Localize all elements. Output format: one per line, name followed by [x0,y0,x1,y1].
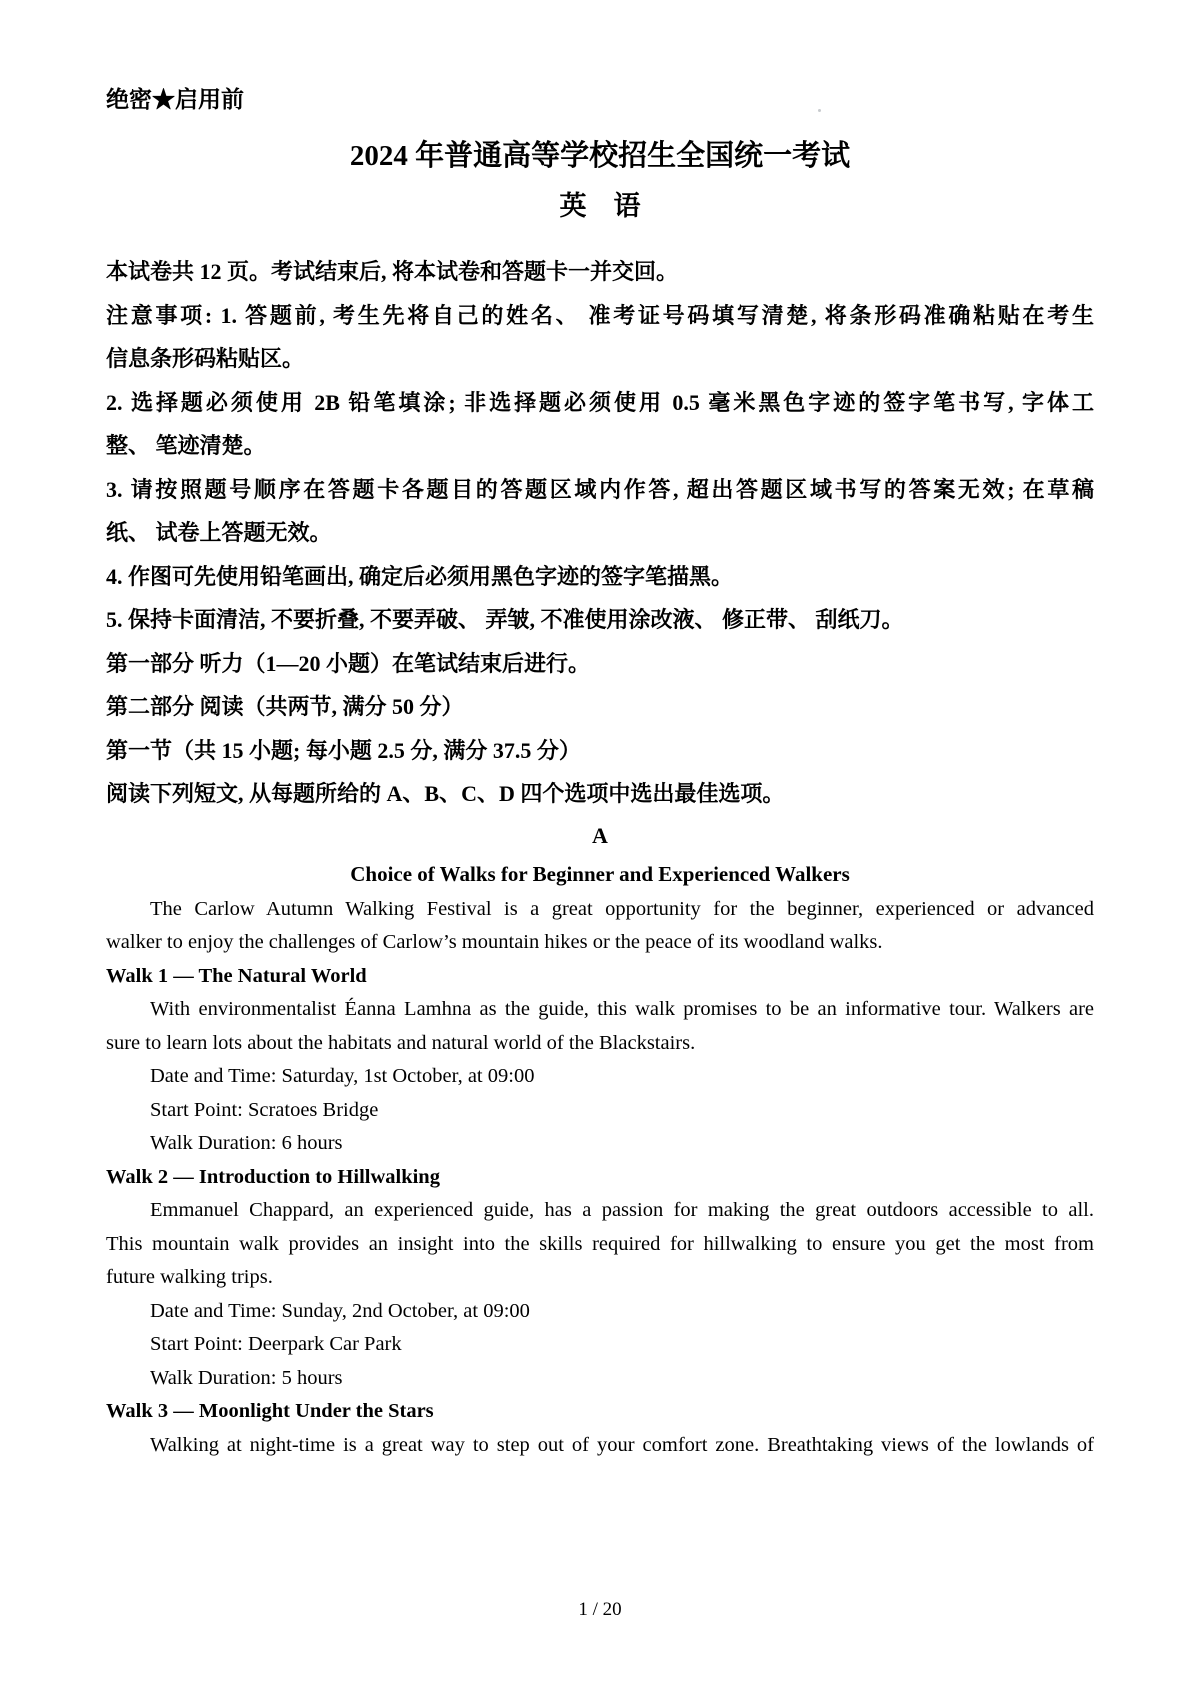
page-number: 1 / 20 [0,1598,1200,1622]
walk1-desc-line: With environmentalist Éanna Lamhna as th… [106,993,1094,1027]
reading-directions: 阅读下列短文, 从每题所给的 A、B、C、D 四个选项中选出最佳选项。 [106,772,1094,816]
walk1-desc-line: sure to learn lots about the habitats an… [106,1027,1094,1061]
instruction-line-pages-return: 本试卷共 12 页。考试结束后, 将本试卷和答题卡一并交回。 [106,250,1094,294]
instruction-line-notice-2: 2. 选择题必须使用 2B 铅笔填涂; 非选择题必须使用 0.5 毫米黑色字迹的… [106,381,1094,425]
walk2-duration: Walk Duration: 5 hours [106,1362,1094,1396]
walk2-desc-line: Emmanuel Chappard, an experienced guide,… [106,1194,1094,1228]
walk1-start-point: Start Point: Scratoes Bridge [106,1094,1094,1128]
instruction-line-notice-2-cont: 整、 笔迹清楚。 [106,424,1094,468]
passage-section-label: A [106,816,1094,856]
instruction-line-notice-3: 3. 请按照题号顺序在答题卡各题目的答题区域内作答, 超出答题区域书写的答案无效… [106,468,1094,512]
walk2-desc-line: This mountain walk provides an insight i… [106,1228,1094,1262]
passage-body: The Carlow Autumn Walking Festival is a … [106,893,1094,1463]
exam-page: 绝密★启用前 2024 年普通高等学校招生全国统一考试 英 语 本试卷共 12 … [0,0,1200,1697]
doc-classification: 绝密★启用前 [106,86,1094,114]
walk1-heading: Walk 1 — The Natural World [106,960,1094,994]
instruction-line-notice-1-cont: 信息条形码粘贴区。 [106,337,1094,381]
instruction-line-notice-1: 注意事项: 1. 答题前, 考生先将自己的姓名、 准考证号码填写清楚, 将条形码… [106,294,1094,338]
walk1-duration: Walk Duration: 6 hours [106,1127,1094,1161]
walk1-date-time: Date and Time: Saturday, 1st October, at… [106,1060,1094,1094]
part2-reading-heading: 第二部分 阅读（共两节, 满分 50 分） [106,685,1094,729]
stray-dot-artifact [818,109,821,112]
walk2-desc-line: future walking trips. [106,1261,1094,1295]
passage-intro-line: The Carlow Autumn Walking Festival is a … [106,893,1094,927]
instruction-line-notice-4: 4. 作图可先使用铅笔画出, 确定后必须用黑色字迹的签字笔描黑。 [106,555,1094,599]
exam-instructions: 本试卷共 12 页。考试结束后, 将本试卷和答题卡一并交回。 注意事项: 1. … [106,250,1094,816]
walk2-start-point: Start Point: Deerpark Car Park [106,1328,1094,1362]
walk2-heading: Walk 2 — Introduction to Hillwalking [106,1161,1094,1195]
part1-listening-heading: 第一部分 听力（1—20 小题）在笔试结束后进行。 [106,642,1094,686]
instruction-line-notice-3-cont: 纸、 试卷上答题无效。 [106,511,1094,555]
doc-subject: 英 语 [106,190,1094,222]
walk2-date-time: Date and Time: Sunday, 2nd October, at 0… [106,1295,1094,1329]
section1-heading: 第一节（共 15 小题; 每小题 2.5 分, 满分 37.5 分） [106,729,1094,773]
doc-title: 2024 年普通高等学校招生全国统一考试 [106,138,1094,174]
passage-intro-line: walker to enjoy the challenges of Carlow… [106,926,1094,960]
walk3-desc-line: Walking at night-time is a great way to … [106,1429,1094,1463]
passage-title: Choice of Walks for Beginner and Experie… [106,856,1094,893]
instruction-line-notice-5: 5. 保持卡面清洁, 不要折叠, 不要弄破、 弄皱, 不准使用涂改液、 修正带、… [106,598,1094,642]
walk3-heading: Walk 3 — Moonlight Under the Stars [106,1395,1094,1429]
